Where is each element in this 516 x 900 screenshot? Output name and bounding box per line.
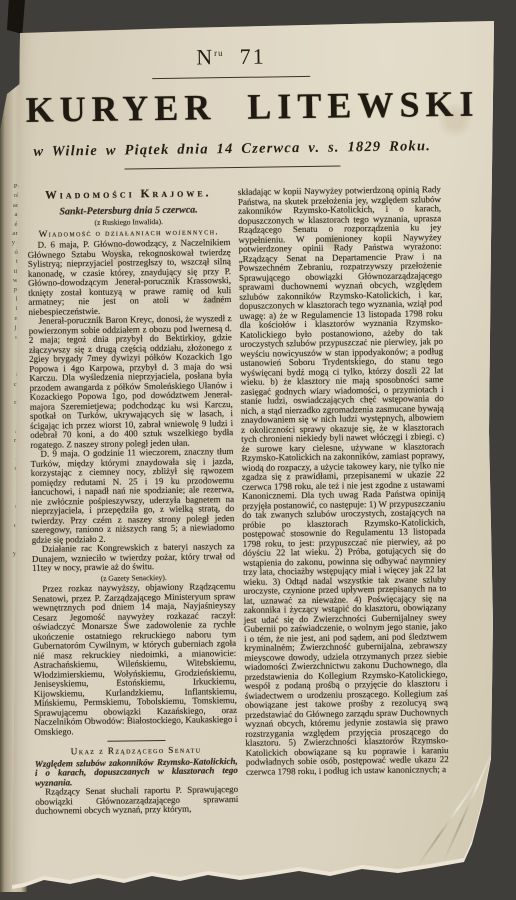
- black-edge-strip: [7, 0, 25, 34]
- issue-value: 71: [239, 44, 265, 69]
- paragraph: Jenerał-porucznik Baron Kreyc, donosi, ż…: [29, 314, 234, 450]
- issue-prefix: N: [196, 44, 214, 69]
- body-columns: Wiadomości Krajowe.Sankt-Petersburg dnia…: [27, 185, 450, 851]
- paragraph: D. 9 maja. O godzinie 11 wieczorem, znac…: [30, 447, 234, 545]
- paragraph: Rządzący Senat słuchali raportu P. Spraw…: [35, 785, 238, 816]
- paragraph: D. 6 maja, P. Główno-dowodzący, z Naczel…: [27, 238, 231, 317]
- paragraph: Przez rozkaz naywyższy, objawiony Rządzą…: [32, 582, 237, 737]
- masthead: Nru71 KURYER LITEWSKI w Wilnie w Piątek …: [25, 41, 439, 171]
- masthead-rule-top: [152, 76, 310, 79]
- issue-superscript: ru: [214, 48, 224, 58]
- dateline-sankt-petersburg: Sankt-Petersburg dnia 5 czerwca.: [27, 205, 230, 217]
- newspaper-title: KURYER LITEWSKI: [25, 83, 438, 131]
- paragraph: Działanie rac Kongrewskich z bateryi nas…: [32, 542, 235, 573]
- page-content: Nru71 KURYER LITEWSKI w Wilnie w Piątek …: [0, 0, 516, 900]
- scan-background: Po.oli.adyań.émartay o-ówte.tin.ws-po-by…: [0, 0, 516, 900]
- newspaper-page: Nru71 KURYER LITEWSKI w Wilnie w Piątek …: [0, 0, 516, 900]
- column-right: składając w kopii Naywyżey potwierdzoną …: [238, 185, 450, 848]
- paper-crease: [494, 60, 501, 620]
- ukaz-subject: Względem szlubów zakonników Rzymsko-Kato…: [35, 756, 238, 787]
- section-heading-wiadomosci-krajowe: Wiadomości Krajowe.: [27, 189, 230, 201]
- masthead-dateline: w Wilnie w Piątek dnia 14 Czerwca v. s. …: [26, 138, 438, 161]
- column-left: Wiadomości Krajowe.Sankt-Petersburg dnia…: [27, 188, 239, 851]
- divider-rule: [107, 740, 165, 742]
- paragraph: składając w kopii Naywyżey potwierdzoną …: [238, 185, 449, 777]
- issue-number: Nru71: [25, 41, 437, 73]
- masthead-rule-bottom: [124, 166, 340, 170]
